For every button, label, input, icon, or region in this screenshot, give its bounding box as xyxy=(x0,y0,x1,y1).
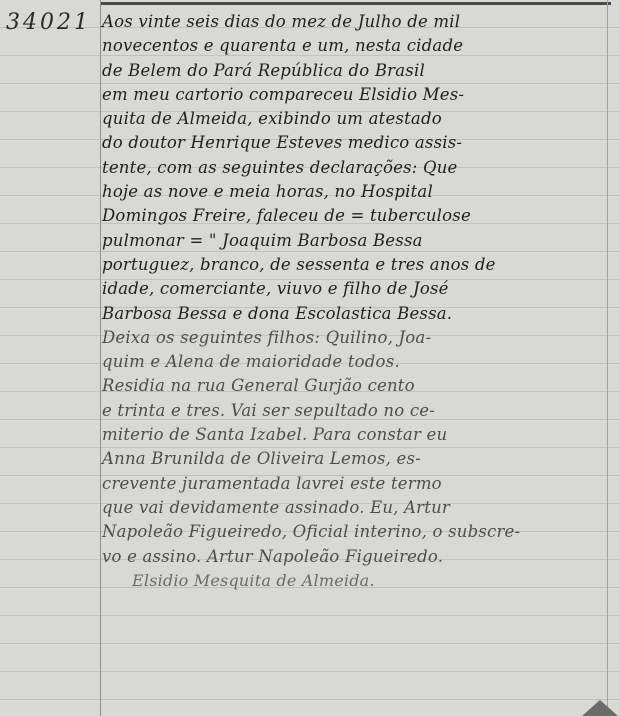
page-corner-mark xyxy=(582,700,618,716)
top-border-rule xyxy=(100,2,611,5)
ledger-page: 34021 Aos vinte seis dias do mez de Julh… xyxy=(0,0,619,716)
text-line: crevente juramentada lavrei este termo xyxy=(102,472,608,496)
text-line: miterio de Santa Izabel. Para constar eu xyxy=(102,423,608,447)
text-line: do doutor Henrique Esteves medico assis- xyxy=(102,131,608,155)
registry-number: 34021 xyxy=(6,10,91,35)
entry-text: Aos vinte seis dias do mez de Julho de m… xyxy=(102,10,608,593)
text-line: hoje as nove e meia horas, no Hospital xyxy=(102,180,608,204)
left-margin-line xyxy=(100,0,101,716)
text-line: Barbosa Bessa e dona Escolastica Bessa. xyxy=(102,302,608,326)
text-line: Aos vinte seis dias do mez de Julho de m… xyxy=(102,10,608,34)
text-line: Anna Brunilda de Oliveira Lemos, es- xyxy=(102,447,608,471)
text-line: e trinta e tres. Vai ser sepultado no ce… xyxy=(102,399,608,423)
text-line: de Belem do Pará República do Brasil xyxy=(102,59,608,83)
text-line: em meu cartorio compareceu Elsidio Mes- xyxy=(102,83,608,107)
text-line: novecentos e quarenta e um, nesta cidade xyxy=(102,34,608,58)
text-line: Domingos Freire, faleceu de = tuberculos… xyxy=(102,204,608,228)
text-line: quim e Alena de maioridade todos. xyxy=(102,350,608,374)
text-line: Deixa os seguintes filhos: Quilino, Joa- xyxy=(102,326,608,350)
text-line: tente, com as seguintes declarações: Que xyxy=(102,156,608,180)
text-line: quita de Almeida, exibindo um atestado xyxy=(102,107,608,131)
text-line: idade, comerciante, viuvo e filho de Jos… xyxy=(102,277,608,301)
text-line: Residia na rua General Gurjão cento xyxy=(102,374,608,398)
signature-line: vo e assino. Artur Napoleão Figueiredo. xyxy=(102,545,608,569)
text-line: portuguez, branco, de sessenta e tres an… xyxy=(102,253,608,277)
declarant-signature: Elsidio Mesquita de Almeida. xyxy=(102,569,608,593)
text-line: pulmonar = " Joaquim Barbosa Bessa xyxy=(102,229,608,253)
text-line: que vai devidamente assinado. Eu, Artur xyxy=(102,496,608,520)
signature-line: Napoleão Figueiredo, Oficial interino, o… xyxy=(102,520,608,544)
